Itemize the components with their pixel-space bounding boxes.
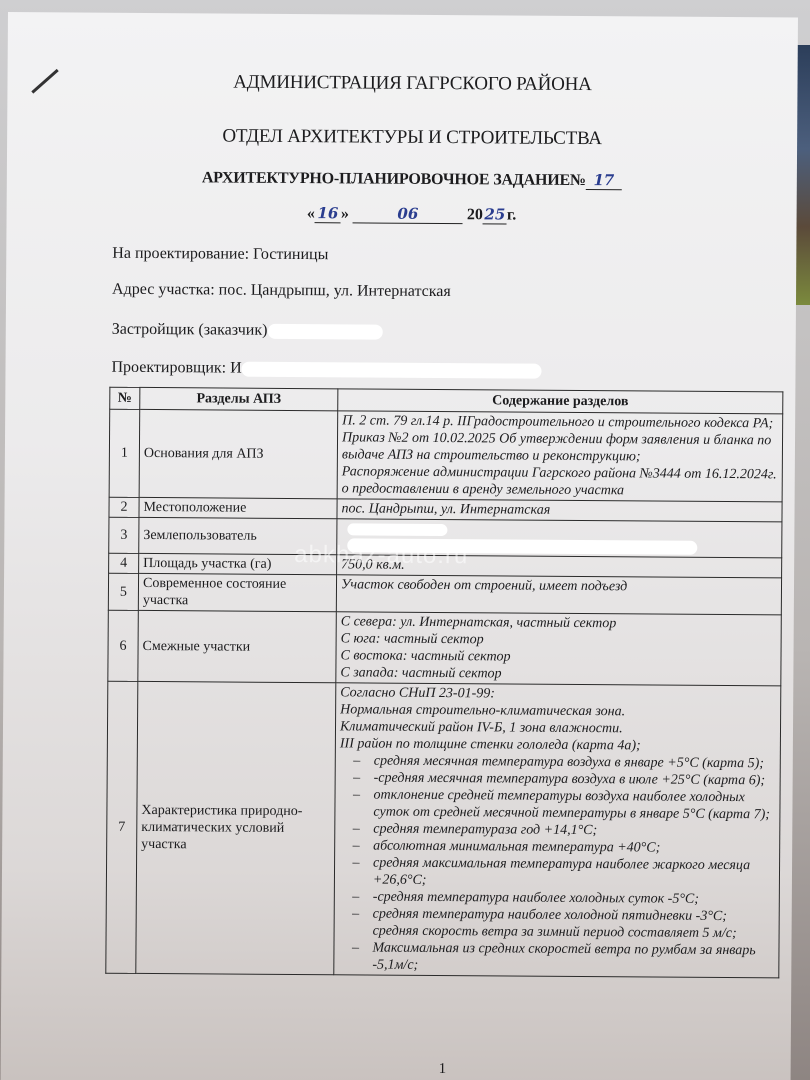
row-content: Участок свободен от строений, имеет подъ… xyxy=(336,575,781,615)
table-row: 7 Характеристика природно-климатических … xyxy=(106,681,781,978)
col-num: № xyxy=(110,387,140,409)
year-prefix: 20 xyxy=(467,206,483,223)
developer-field: Застройщик (заказчик) xyxy=(112,321,383,341)
content-line: Приказ №2 от 10.02.2025 Об утверждении ф… xyxy=(342,429,778,466)
bullet-dash: – xyxy=(338,939,372,973)
document-page: АДМИНИСТРАЦИЯ ГАГРСКОГО РАЙОНА ОТДЕЛ АРХ… xyxy=(1,12,798,1080)
org-name: АДМИНИСТРАЦИЯ ГАГРСКОГО РАЙОНА xyxy=(7,70,810,98)
bullet-dash: – xyxy=(339,820,373,837)
address-field: Адрес участка: пос. Цандрыпш, ул. Интерн… xyxy=(112,281,451,301)
content-line: Участок свободен от строений, имеет подъ… xyxy=(341,576,777,596)
row-num: 6 xyxy=(108,610,138,681)
row-num: 1 xyxy=(109,409,140,497)
content-line: С запада: частный сектор xyxy=(340,664,776,684)
department-name: ОТДЕЛ АРХИТЕКТУРЫ И СТРОИТЕЛЬСТВА xyxy=(7,124,810,152)
col-content: Содержание разделов xyxy=(338,389,783,414)
table-row: 5 Современное состояние участка Участок … xyxy=(108,573,781,615)
bullet-text: средняя максимальная температура наиболе… xyxy=(373,855,775,892)
redaction xyxy=(347,523,447,536)
row-section: Основания для АПЗ xyxy=(139,409,338,498)
bullet-text: отклонение средней температуры воздуха н… xyxy=(373,787,775,824)
row-num: 2 xyxy=(109,497,139,517)
bullet-dash: – xyxy=(339,786,373,820)
bullet-dash: – xyxy=(340,769,374,786)
apz-table: № Разделы АПЗ Содержание разделов 1 Осно… xyxy=(105,387,783,979)
document-date: «16» 06 2025г. xyxy=(7,202,810,227)
date-year: 25 xyxy=(483,205,507,224)
bullet-dash: – xyxy=(339,905,373,922)
row-section: Характеристика природно-климатических ус… xyxy=(136,681,336,974)
bullet-dash: – xyxy=(339,837,373,854)
date-day: 16 xyxy=(315,204,341,223)
redaction xyxy=(242,361,542,378)
row-num: 5 xyxy=(108,573,138,610)
content-line: Распоряжение администрации Гагрского рай… xyxy=(342,463,778,500)
developer-label: Застройщик (заказчик) xyxy=(112,321,268,339)
content-line: пос. Цандрыпш, ул. Интернатская xyxy=(341,500,777,520)
row-section: Смежные участки xyxy=(138,610,336,682)
page-number: 1 xyxy=(439,1061,447,1078)
bullet-dash: – xyxy=(340,752,374,769)
row-num: 4 xyxy=(109,553,139,573)
bullet-item: – отклонение средней температуры воздуха… xyxy=(339,786,775,823)
row-section: Современное состояние участка xyxy=(138,573,336,611)
bullet-item: – средняя максимальная температура наибо… xyxy=(339,854,775,891)
table-row: 1 Основания для АПЗ П. 2 ст. 79 гл.14 р.… xyxy=(109,409,783,502)
row-content: П. 2 ст. 79 гл.14 р. IIГрадостроительног… xyxy=(337,411,783,502)
doc-number: 17 xyxy=(586,171,622,190)
bullet-dash: – xyxy=(339,888,373,905)
date-month: 06 xyxy=(353,204,463,224)
col-section: Разделы АПЗ xyxy=(140,387,338,410)
row-content: С севера: ул. Интернатская, частный сект… xyxy=(336,612,781,686)
row-content: Согласно СНиП 23-01-99: Нормальная строи… xyxy=(334,683,781,978)
row-num: 7 xyxy=(106,681,138,973)
bullet-text: средняя температураза год +14,1°С; xyxy=(373,821,597,840)
bullet-dash: – xyxy=(339,854,373,888)
year-suffix: г. xyxy=(507,206,517,223)
designer-field: Проектировщик: И xyxy=(111,359,541,380)
row-num: 3 xyxy=(109,517,139,553)
purpose-field: На проектирование: Гостиницы xyxy=(112,245,328,265)
table-row: 6 Смежные участки С севера: ул. Интернат… xyxy=(108,610,781,686)
watermark: abkhaz-auto.ru xyxy=(294,541,468,570)
bullet-dash xyxy=(339,922,373,939)
row-section: Местоположение xyxy=(139,497,337,518)
quote-close: » xyxy=(341,205,349,222)
bullet-text: абсолютная минимальная температура +40°С… xyxy=(373,838,660,857)
designer-label: Проектировщик: И xyxy=(111,359,241,377)
document-title: АРХИТЕКТУРНО-ПЛАНИРОВОЧНОЕ ЗАДАНИЕ№17 xyxy=(7,167,810,192)
redaction xyxy=(267,324,382,340)
bullet-item: –Максимальная из средних скоростей ветра… xyxy=(338,939,774,976)
title-text: АРХИТЕКТУРНО-ПЛАНИРОВОЧНОЕ ЗАДАНИЕ№ xyxy=(202,169,586,189)
bullet-text: Максимальная из средних скоростей ветра … xyxy=(372,940,774,977)
quote-open: « xyxy=(307,205,315,222)
